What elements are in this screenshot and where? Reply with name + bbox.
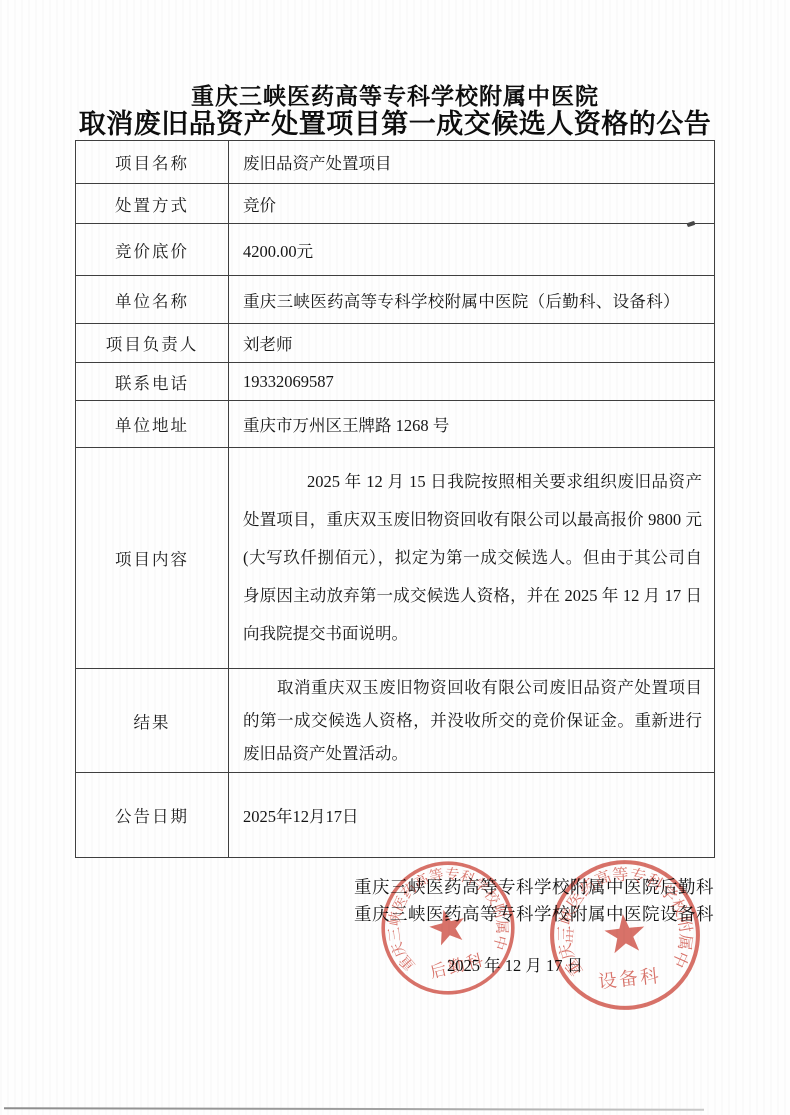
row-value: 刘老师 xyxy=(229,324,715,363)
table-row-phone: 联系电话 19332069587 xyxy=(76,363,715,401)
row-label: 结果 xyxy=(76,669,229,773)
seal-code-text: 111 xyxy=(564,928,577,944)
row-label: 联系电话 xyxy=(76,363,229,401)
row-value: 2025年12月17日 xyxy=(229,773,715,858)
row-label: 项目名称 xyxy=(76,141,229,184)
table-row-announcement-date: 公告日期 2025年12月17日 xyxy=(76,773,715,858)
table-row-address: 单位地址 重庆市万州区王牌路 1268 号 xyxy=(76,401,715,448)
table-row-disposal-method: 处置方式 竞价 xyxy=(76,184,715,224)
seal-dept-text: 后勤科 xyxy=(428,950,487,982)
seal-star-icon xyxy=(603,912,647,954)
row-label: 处置方式 xyxy=(76,184,229,224)
table-row-result: 结果 取消重庆双玉废旧物资回收有限公司废旧品资产处置项目的第一成交候选人资格，并… xyxy=(76,669,715,773)
row-value: 废旧品资产处置项目 xyxy=(229,141,715,184)
row-value: 重庆三峡医药高等专科学校附属中医院（后勤科、设备科） xyxy=(229,276,715,324)
document-title-subject: 取消废旧品资产处置项目第一成交候选人资格的公告 xyxy=(0,110,790,139)
table-row-project-manager: 项目负责人 刘老师 xyxy=(76,324,715,363)
row-value: 4200.00元 xyxy=(229,224,715,276)
seal-dept-text: 设备科 xyxy=(597,966,662,993)
row-label: 项目负责人 xyxy=(76,324,229,363)
official-seal-logistics-icon: 重庆三峡医药高等专科学校附属中医院 后勤科 xyxy=(361,841,536,1016)
scanned-announcement-page: 重庆三峡医药高等专科学校附属中医院 取消废旧品资产处置项目第一成交候选人资格的公… xyxy=(0,0,790,1115)
row-value: 重庆市万州区王牌路 1268 号 xyxy=(229,401,715,448)
table-row-unit-name: 单位名称 重庆三峡医药高等专科学校附属中医院（后勤科、设备科） xyxy=(76,276,715,324)
document-title-org: 重庆三峡医药高等专科学校附属中医院 xyxy=(0,83,790,110)
row-label: 单位名称 xyxy=(76,276,229,324)
row-label: 公告日期 xyxy=(76,773,229,858)
row-value: 取消重庆双玉废旧物资回收有限公司废旧品资产处置项目的第一成交候选人资格，并没收所… xyxy=(229,669,715,773)
row-value: 竞价 xyxy=(229,184,715,224)
row-value: 2025 年 12 月 15 日我院按照相关要求组织废旧品资产处置项目，重庆双玉… xyxy=(229,448,715,669)
row-label: 竞价底价 xyxy=(76,224,229,276)
row-value: 19332069587 xyxy=(229,363,715,401)
table-row-project-name: 项目名称 废旧品资产处置项目 xyxy=(76,141,715,184)
row-label: 单位地址 xyxy=(76,401,229,448)
official-seal-equipment-icon: 重庆三峡医药高等专科学校附属中医院 设备科 111 xyxy=(536,846,714,1024)
scan-page-edge xyxy=(4,1107,704,1110)
table-row-floor-price: 竞价底价 4200.00元 xyxy=(76,224,715,276)
seal-star-icon xyxy=(426,906,469,947)
row-label: 项目内容 xyxy=(76,448,229,669)
table-row-project-content: 项目内容 2025 年 12 月 15 日我院按照相关要求组织废旧品资产处置项目… xyxy=(76,448,715,669)
announcement-table: 项目名称 废旧品资产处置项目 处置方式 竞价 竞价底价 4200.00元 单位名… xyxy=(75,140,715,858)
document-title: 重庆三峡医药高等专科学校附属中医院 取消废旧品资产处置项目第一成交候选人资格的公… xyxy=(0,83,790,139)
